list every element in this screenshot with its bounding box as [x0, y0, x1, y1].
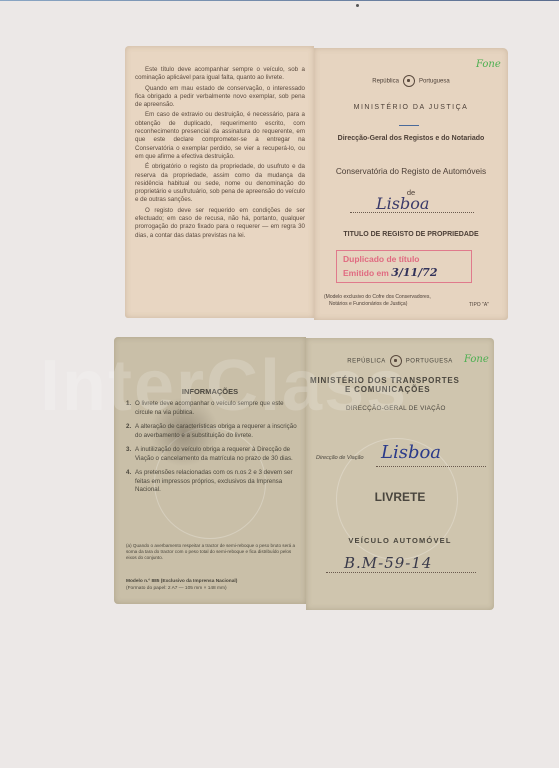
info-item: 1.O livrete deve acompanhar o veículo se…: [126, 400, 298, 417]
footnote: (a) Quando o averbamento respeitar a tra…: [126, 543, 296, 561]
handwritten-stamp-date: 3/11/72: [391, 266, 437, 279]
model-info: Modelo n.º 885 (Exclusivo da Imprensa Na…: [126, 579, 237, 592]
tipo-label: TIPO "A": [469, 302, 489, 308]
coat-of-arms-icon: [390, 355, 402, 367]
instruction-paragraph: Quando em mau estado de conservação, o i…: [135, 85, 305, 110]
informacoes-heading: INFORMAÇÕES: [114, 387, 306, 396]
handwritten-plate-number: B.M-59-14: [344, 554, 432, 572]
republica-header: REPÚBLICAPORTUGUESA: [306, 355, 494, 367]
republica-header: RepúblicaPortuguesa: [314, 75, 508, 87]
model-note: (Modelo exclusivo do Cofre dos Conservad…: [324, 294, 431, 307]
titulo-registo-right-page: Fone RepúblicaPortuguesa MINISTÉRIO DA J…: [314, 48, 508, 320]
green-handwritten-note: Fone: [476, 59, 501, 70]
portuguesa-label: PORTUGUESA: [406, 359, 453, 365]
directorate-title: DIRECÇÃO-GERAL DE VIAÇÃO: [346, 405, 446, 412]
info-item: 4.As pretensões relacionadas com os n.os…: [126, 469, 298, 495]
city-dotted-line: [376, 466, 486, 467]
stamp-line-duplicate: Duplicado de título: [343, 253, 465, 266]
instruction-paragraph: O registo deve ser requerido em condiçõe…: [135, 207, 305, 240]
titulo-instructions: Este título deve acompanhar sempre o veí…: [135, 66, 305, 242]
instruction-paragraph: Em caso de extravio ou destruição, é nec…: [135, 111, 305, 161]
vehicle-type: VEÍCULO AUTOMÓVEL: [306, 536, 494, 545]
instruction-paragraph: É obrigatório o registo da propriedade, …: [135, 163, 305, 204]
info-item: 2.A alteração de características obriga …: [126, 423, 298, 440]
livrete-left-page: INFORMAÇÕES 1.O livrete deve acompanhar …: [114, 337, 306, 604]
scan-dust-speck: [356, 4, 359, 7]
republica-label: República: [372, 79, 399, 85]
handwritten-city: Lisboa: [376, 194, 429, 213]
handwritten-city: Lisboa: [381, 442, 441, 463]
coat-of-arms-icon: [403, 75, 415, 87]
city-dotted-line: [350, 212, 474, 213]
titulo-registo-left-page: Este título deve acompanhar sempre o veí…: [125, 46, 314, 318]
directorate-title: Direcção-Geral dos Registos e do Notaria…: [314, 135, 508, 142]
direccao-label: Direcção de Viação: [316, 455, 364, 461]
livrete-right-page: Fone REPÚBLICAPORTUGUESA MINISTÉRIO DOS …: [306, 338, 494, 610]
livrete-title: LIVRETE: [306, 490, 494, 504]
divider: [399, 125, 419, 126]
plate-dotted-line: [326, 572, 476, 573]
stamp-line-issued: Emitido em 3/11/72: [343, 266, 465, 280]
ministry-title: MINISTÉRIO DOS TRANSPORTES E COMUNICAÇÕE…: [310, 376, 460, 394]
duplicate-stamp: Duplicado de título Emitido em 3/11/72: [336, 250, 472, 283]
republica-label: REPÚBLICA: [347, 359, 386, 365]
informacoes-list: 1.O livrete deve acompanhar o veículo se…: [126, 400, 298, 501]
portuguesa-label: Portuguesa: [419, 79, 450, 85]
conservatoria-title: Conservatória do Registo de Automóveis: [314, 166, 508, 176]
document-title: TITULO DE REGISTO DE PROPRIEDADE: [314, 231, 508, 238]
instruction-paragraph: Este título deve acompanhar sempre o veí…: [135, 66, 305, 83]
ministry-title: MINISTÉRIO DA JUSTIÇA: [314, 104, 508, 111]
info-item: 3.A inutilização do veículo obriga a req…: [126, 446, 298, 463]
scan-top-edge: [0, 0, 559, 1]
